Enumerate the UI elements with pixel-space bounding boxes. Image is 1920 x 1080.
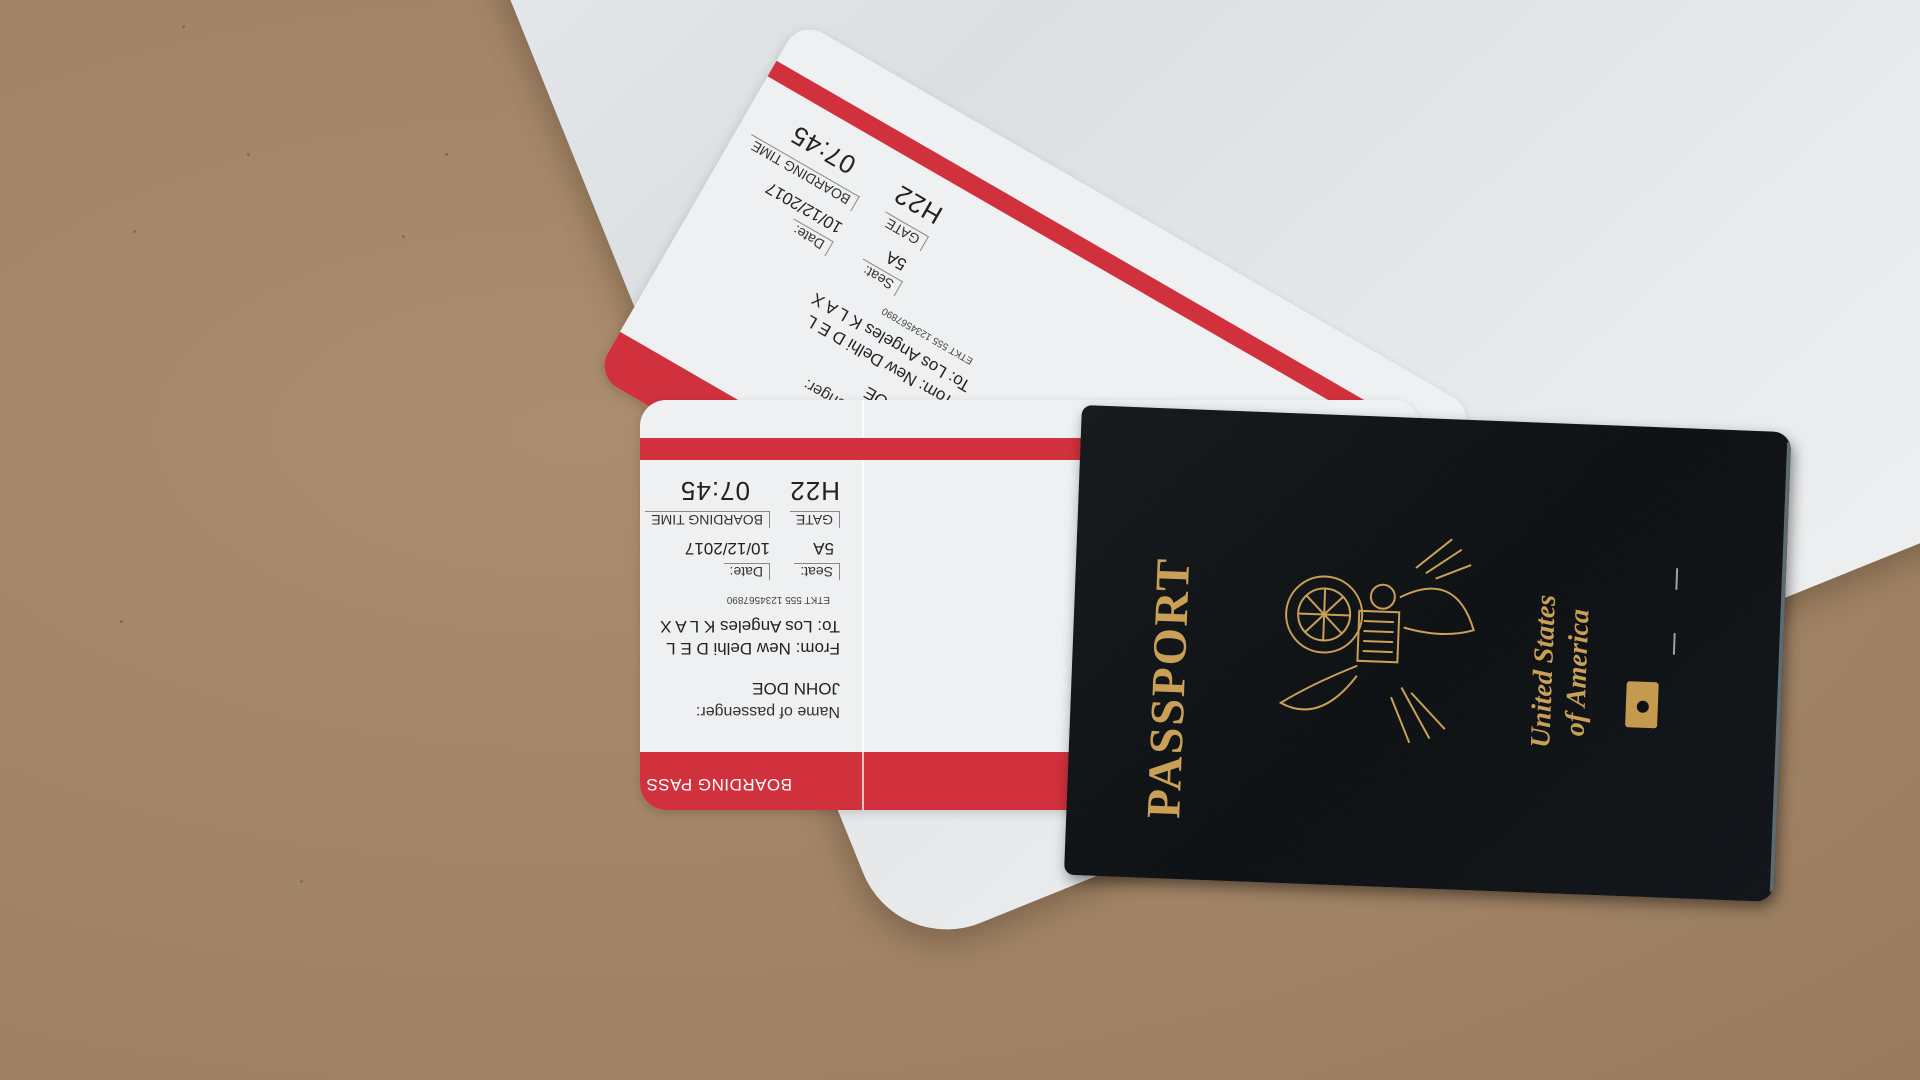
paper-speck <box>300 880 303 883</box>
passport-title: PASSPORT <box>1136 556 1201 819</box>
paper-speck <box>445 153 448 156</box>
boarding-time-value: 07:45 <box>680 475 750 506</box>
to-field: To: Los Angeles K L A X <box>660 616 840 636</box>
paper-speck <box>402 235 405 238</box>
paper-speck <box>120 620 123 623</box>
date-label: Date: <box>724 563 770 580</box>
paper-speck <box>182 25 185 28</box>
passenger-label: Name of passenger: <box>696 702 840 720</box>
passenger-name: JOHN DOE <box>752 678 840 698</box>
us-passport: PASSPORT United States of America <box>1064 405 1792 902</box>
eagle-seal-icon <box>1259 522 1498 761</box>
from-field: From: New Delhi D E L <box>666 638 840 658</box>
date-value: 10/12/2017 <box>685 538 770 558</box>
ticket-perforation <box>862 400 864 810</box>
seat-value: 5A <box>813 538 834 558</box>
boarding-time-label: BOARDING TIME <box>645 511 770 528</box>
gate-label: GATE <box>790 511 840 528</box>
etkt-number: ETKT 555 1234567890 <box>727 594 830 605</box>
country-line-2: of America <box>1558 595 1598 749</box>
paper-speck <box>247 153 250 156</box>
gate-value: H22 <box>789 475 840 506</box>
e-passport-chip-icon <box>1625 681 1659 728</box>
stitch-mark <box>1675 568 1678 590</box>
seat-label: Seat: <box>794 563 840 580</box>
main-band-label: BOARDING PASS <box>646 774 792 794</box>
passport-country: United States of America <box>1524 594 1598 750</box>
seat-value: 5A <box>882 247 910 275</box>
paper-speck <box>133 230 136 233</box>
stitch-mark <box>1673 633 1676 655</box>
